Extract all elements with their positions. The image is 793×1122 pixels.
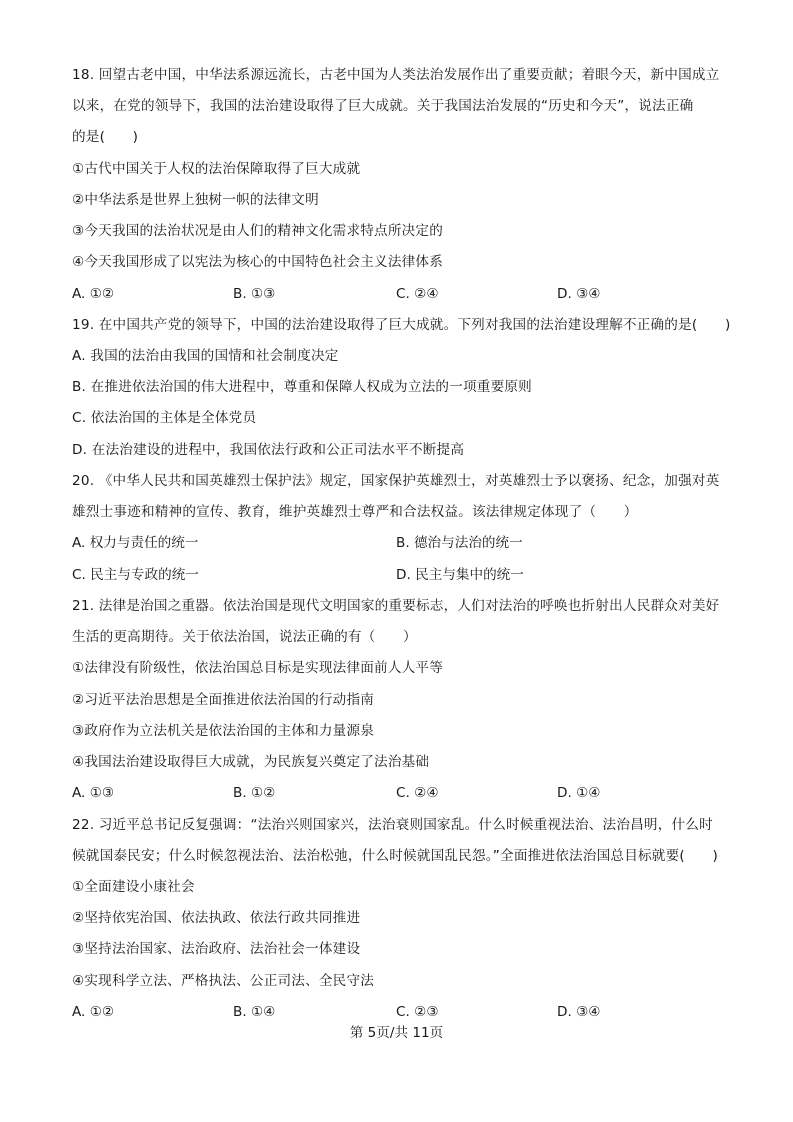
statement-3: ③坚持法治国家、法治政府、法治社会一体建设: [72, 940, 360, 958]
question-stem-line: 以来，在党的领导下，我国的法治建设取得了巨大成就。关于我国法治发展的“历史和今天…: [72, 97, 693, 115]
option-b: B. ①④: [233, 1003, 275, 1021]
statement-4: ④我国法治建设取得巨大成就，为民族复兴奠定了法治基础: [72, 753, 429, 771]
option-a: A. 权力与责任的统一: [72, 534, 198, 552]
statement-2: ②坚持依宪治国、依法执政、依法行政共同推进: [72, 909, 360, 927]
statement-2: ②中华法系是世界上独树一帜的法律文明: [72, 191, 319, 209]
option-c: C. ②④: [396, 784, 439, 802]
statement-1: ①全面建设小康社会: [72, 878, 195, 896]
option-b: B. 德治与法治的统一: [396, 534, 523, 552]
option-b: B. ①②: [233, 784, 275, 802]
question-stem-line: 生活的更高期待。关于依法治国，说法正确的有（ ）: [72, 628, 417, 646]
option-b: B. 在推进依法治国的伟大进程中，尊重和保障人权成为立法的一项重要原则: [72, 378, 532, 396]
option-c: C. 依法治国的主体是全体党员: [72, 409, 256, 427]
statement-4: ④今天我国形成了以宪法为核心的中国特色社会主义法律体系: [72, 253, 443, 271]
option-d: D. ①④: [557, 784, 600, 802]
statement-1: ①古代中国关于人权的法治保障取得了巨大成就: [72, 160, 360, 178]
statement-2: ②习近平法治思想是全面推进依法治国的行动指南: [72, 691, 374, 709]
statement-3: ③政府作为立法机关是依法治国的主体和力量源泉: [72, 722, 374, 740]
option-a: A. ①③: [72, 784, 114, 802]
option-c: C. ②③: [396, 1003, 439, 1021]
option-b: B. ①③: [233, 285, 275, 303]
question-stem-line: 的是( ): [72, 128, 138, 146]
question-stem-line: 19. 在中国共产党的领导下，中国的法治建设取得了巨大成就。下列对我国的法治建设…: [72, 316, 730, 334]
option-d: D. 民主与集中的统一: [396, 566, 524, 584]
option-d: D. 在法治建设的进程中，我国依法行政和公正司法水平不断提高: [72, 441, 464, 459]
statement-4: ④实现科学立法、严格执法、公正司法、全民守法: [72, 972, 374, 990]
option-d: D. ③④: [557, 285, 600, 303]
option-d: D. ③④: [557, 1003, 600, 1021]
option-a: A. ①②: [72, 1003, 114, 1021]
question-stem-line: 18. 回望古老中国，中华法系源远流长，古老中国为人类法治发展作出了重要贡献；着…: [72, 66, 719, 84]
question-stem-line: 20. 《中华人民共和国英雄烈士保护法》规定，国家保护英雄烈士，对英雄烈士予以褒…: [72, 472, 719, 490]
option-c: C. 民主与专政的统一: [72, 566, 199, 584]
question-stem-line: 雄烈士事迹和精神的宣传、教育，维护英雄烈士尊严和合法权益。该法律规定体现了（ ）: [72, 503, 638, 521]
option-a: A. 我国的法治由我国的国情和社会制度决定: [72, 347, 339, 365]
question-stem-line: 候就国泰民安；什么时候忽视法治、法治松弛，什么时候就国乱民怨。”全面推进依法治国…: [72, 847, 718, 865]
option-a: A. ①②: [72, 285, 114, 303]
statement-3: ③今天我国的法治状况是由人们的精神文化需求特点所决定的: [72, 222, 443, 240]
page-number: 第 5页/共 11页: [0, 1024, 793, 1042]
statement-1: ①法律没有阶级性，依法治国总目标是实现法律面前人人平等: [72, 659, 443, 677]
exam-page: 18. 回望古老中国，中华法系源远流长，古老中国为人类法治发展作出了重要贡献；着…: [0, 0, 793, 1122]
question-stem-line: 22. 习近平总书记反复强调：“法治兴则国家兴，法治衰则国家乱。什么时候重视法治…: [72, 816, 713, 834]
question-stem-line: 21. 法律是治国之重器。依法治国是现代文明国家的重要标志，人们对法治的呼唤也折…: [72, 597, 719, 615]
option-c: C. ②④: [396, 285, 439, 303]
